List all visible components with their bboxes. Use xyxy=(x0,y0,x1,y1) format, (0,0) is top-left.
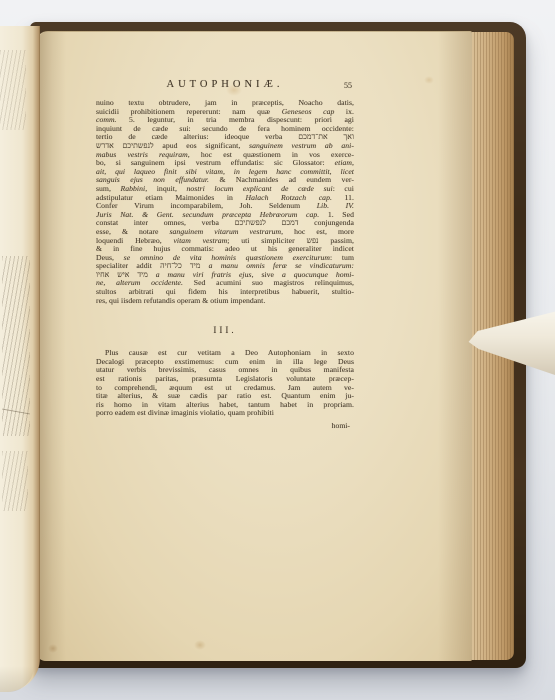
photo-background: AUTOPHONIÆ. 55 nuino textu obtrudere, ja… xyxy=(0,0,555,700)
text-line: sanguis ejus non effundatur. & Nachmanid… xyxy=(96,176,354,185)
text-line: לנפשתיכם אדרש apud eos significant, sang… xyxy=(96,142,354,151)
text-line: sum, Rabbini, inquit, nostri locum expli… xyxy=(96,185,354,194)
paragraph-2: Plus causæ est cur vetitam a Deo Autopho… xyxy=(96,349,354,418)
text-line: esse, & notare sanguinem vitarum vestrar… xyxy=(96,228,354,237)
text-line: est rationis paritas, præsumta Legislato… xyxy=(96,375,354,384)
text-line: titæ alterius, & suæ cædis par ratio est… xyxy=(96,392,354,401)
text-line: Plus causæ est cur vetitam a Deo Autopho… xyxy=(96,349,354,358)
text-line: & in fine hujus commatis: adeo ut his ge… xyxy=(96,245,354,254)
text-line: porro eadem est divinæ imaginis violatio… xyxy=(96,409,354,418)
paragraph-1: nuino textu obtrudere, jam in præceptis,… xyxy=(96,99,354,305)
text-line: מיד איש אחיו a manu viri fratris ejus, s… xyxy=(96,271,354,280)
facing-page-edge xyxy=(0,26,40,692)
text-line: tertio de cæde alterius: ideoque verba ו… xyxy=(96,133,354,142)
text-line: comm. 5. leguntur, in tria membra dispes… xyxy=(96,116,354,125)
text-line: ne, alterum occidente. Sed acumini suo m… xyxy=(96,279,354,288)
gutter-shadow xyxy=(36,32,66,661)
text-line: nuino textu obtrudere, jam in præceptis,… xyxy=(96,99,354,108)
text-line: constat inter omnes, verba דמכם לנפשתיכם… xyxy=(96,219,354,228)
text-line: adstipulatur etiam Maimonides in Halach … xyxy=(96,194,354,203)
text-line: Juris Nat. & Gent. secundum præcepta Heb… xyxy=(96,211,354,220)
text-line: mabus vestris requiram, hoc est quæstion… xyxy=(96,151,354,160)
section-heading: III. xyxy=(96,325,354,335)
text-line: ris homo in vitam alterius habet, tantum… xyxy=(96,401,354,410)
text-line: bo, si sanguinem ipsi vestrum effundatis… xyxy=(96,159,354,168)
text-line: res, qui iisdem refutandis operam & otiu… xyxy=(96,297,354,306)
text-line: loquendi Hebræo, vitam vestram; uti simp… xyxy=(96,237,354,246)
text-line: Deus, se omnino de vita hominis quæstion… xyxy=(96,254,354,263)
text-line: Confer Virum incomparabilem, Joh. Selden… xyxy=(96,202,354,211)
text-line: specialiter addit מיד כל־חיה a manu omni… xyxy=(96,262,354,271)
text-line: utatur verbis brevissimis, casus omnes i… xyxy=(96,366,354,375)
foxing-spot xyxy=(424,76,434,84)
page-number: 55 xyxy=(344,81,352,90)
foxing-spot xyxy=(48,644,58,653)
text-line: stultos arbitrati qui fidem his interpre… xyxy=(96,288,354,297)
facing-page-text-ghost xyxy=(2,451,28,511)
book-page: AUTOPHONIÆ. 55 nuino textu obtrudere, ja… xyxy=(36,31,472,661)
page-edge-shadow xyxy=(438,32,472,661)
page-header: AUTOPHONIÆ. 55 xyxy=(96,79,354,92)
facing-page-text-ghost xyxy=(0,50,26,130)
foxing-spot xyxy=(194,640,206,650)
catchword: homi- xyxy=(96,421,354,430)
text-line: suicidii prohibitionem repererunt: nam q… xyxy=(96,108,354,117)
printed-text-block: AUTOPHONIÆ. 55 nuino textu obtrudere, ja… xyxy=(96,79,354,430)
text-line: ait, qui laqueo finit sibi vitam, in leg… xyxy=(96,168,354,177)
text-line: to comprehendi, æquum est ut credamus. J… xyxy=(96,384,354,393)
text-line: Decalogi præcepto exstimemus: cum enim i… xyxy=(96,358,354,367)
text-line: inquiunt de cæde sui: secundo de fera ho… xyxy=(96,125,354,134)
running-title: AUTOPHONIÆ. xyxy=(166,79,283,90)
